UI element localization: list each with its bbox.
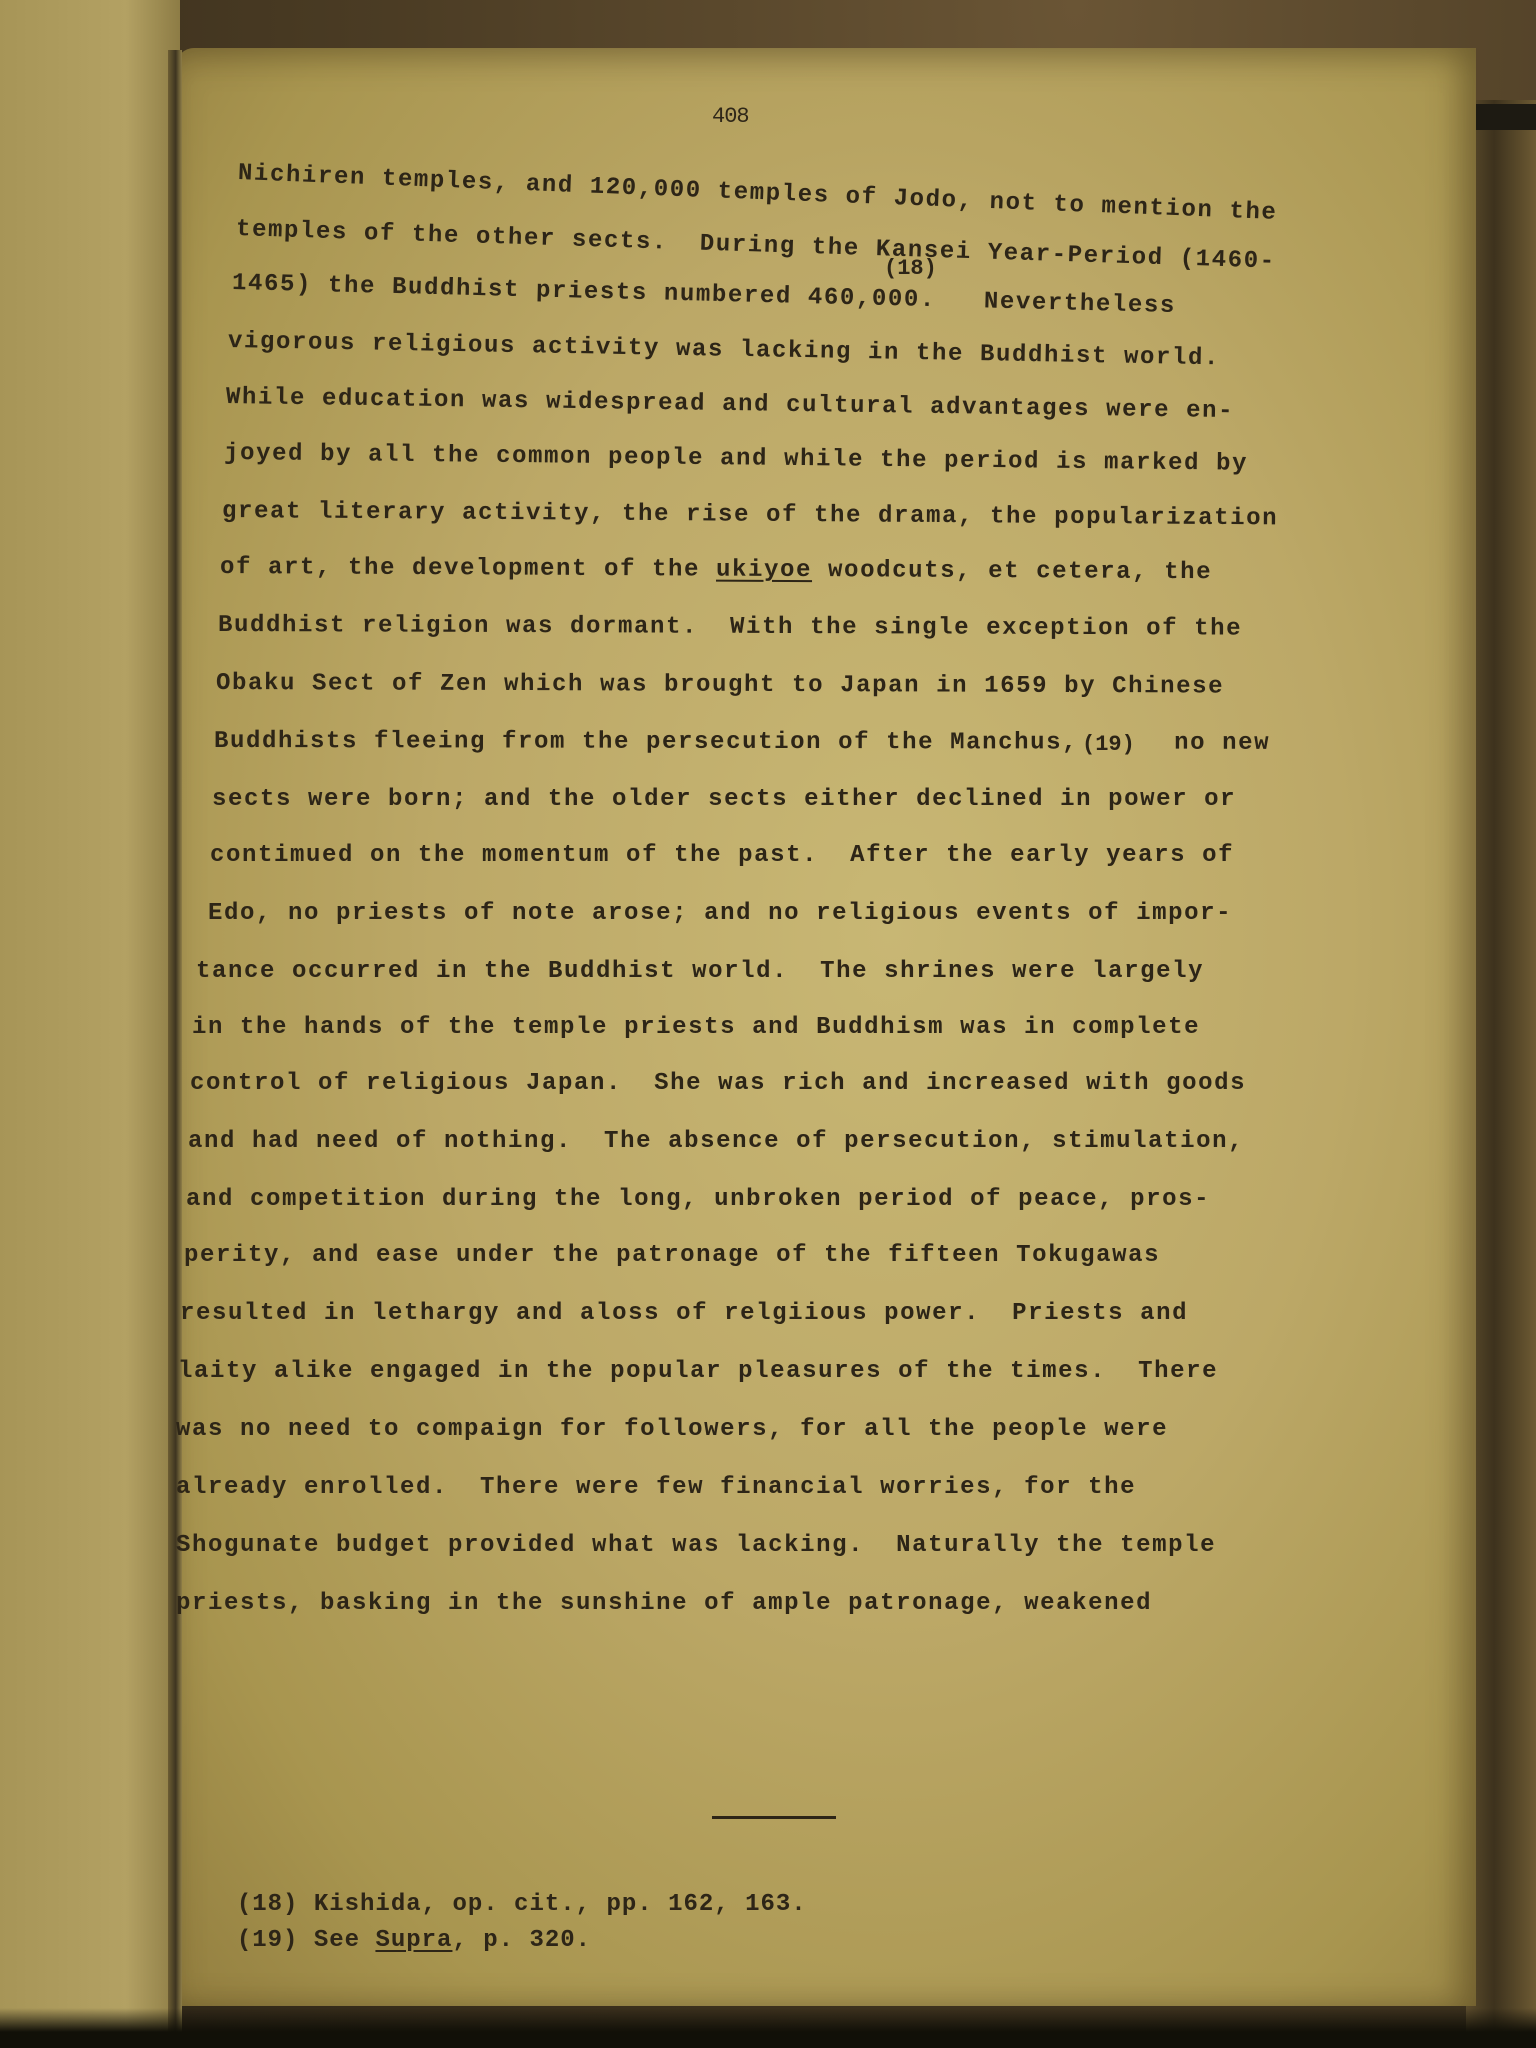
text-segment: control of religious Japan. She was rich…	[190, 1070, 1246, 1097]
text-segment: already enrolled. There were few financi…	[176, 1474, 1136, 1501]
footnote-text: See	[298, 1927, 375, 1954]
text-segment: of art, the development of the	[220, 554, 716, 584]
text-segment: was no need to compaign for followers, f…	[176, 1416, 1168, 1443]
footnote-separator	[712, 1816, 836, 1819]
text-line: priests, basking in the sunshine of ampl…	[176, 1590, 1152, 1617]
text-segment: and had need of nothing. The absence of …	[188, 1128, 1244, 1155]
text-segment: Shogunate budget provided what was lacki…	[176, 1532, 1216, 1559]
page-number: 408	[712, 104, 749, 129]
text-line: Obaku Sect of Zen which was brought to J…	[216, 670, 1224, 701]
text-line: sects were born; and the older sects eit…	[212, 786, 1236, 813]
text-line: and competition during the long, unbroke…	[186, 1186, 1210, 1213]
text-line: Edo, no priests of note arose; and no re…	[208, 900, 1232, 927]
text-line: resulted in lethargy and aloss of relgii…	[180, 1300, 1188, 1327]
book-cover-corner	[1476, 104, 1536, 130]
book-gutter	[168, 50, 182, 2040]
text-segment: Edo, no priests of note arose; and no re…	[208, 900, 1232, 927]
text-line: tance occurred in the Buddhist world. Th…	[196, 958, 1204, 985]
footnote-19: (19) See Supra, p. 320.	[206, 1900, 591, 1954]
text-line: already enrolled. There were few financi…	[176, 1474, 1136, 1501]
text-segment: contimued on the momentum of the past. A…	[210, 842, 1234, 869]
text-line: perity, and ease under the patronage of …	[184, 1242, 1160, 1269]
footnote-ref-18: (18)	[884, 256, 937, 281]
text-line: Buddhist religion was dormant. With the …	[218, 612, 1242, 643]
text-line: contimued on the momentum of the past. A…	[210, 842, 1234, 869]
book-cover-edge	[1466, 100, 1536, 2048]
footnote-ref-19: (19)	[1082, 732, 1135, 757]
facing-page	[0, 0, 180, 2048]
footnote-underlined: Supra	[375, 1927, 452, 1954]
text-segment: tance occurred in the Buddhist world. Th…	[196, 958, 1204, 985]
bottom-shadow	[0, 2008, 1536, 2048]
text-segment: resulted in lethargy and aloss of relgii…	[180, 1300, 1188, 1327]
text-line: in the hands of the temple priests and B…	[192, 1014, 1200, 1041]
text-segment: priests, basking in the sunshine of ampl…	[176, 1590, 1152, 1617]
text-segment: Obaku Sect of Zen which was brought to J…	[216, 670, 1224, 701]
text-line: Shogunate budget provided what was lacki…	[176, 1532, 1216, 1559]
text-segment: sects were born; and the older sects eit…	[212, 786, 1236, 813]
text-line: was no need to compaign for followers, f…	[176, 1416, 1168, 1443]
text-segment: woodcuts, et cetera, the	[812, 557, 1212, 586]
text-line: of art, the development of the ukiyoe wo…	[220, 554, 1212, 586]
text-segment: laity alike engaged in the popular pleas…	[178, 1358, 1218, 1385]
underlined-term: ukiyoe	[716, 557, 812, 585]
footnote-marker: (19)	[237, 1927, 299, 1954]
text-segment: Buddhist religion was dormant. With the …	[218, 612, 1242, 643]
text-line: control of religious Japan. She was rich…	[190, 1070, 1246, 1097]
text-segment: and competition during the long, unbroke…	[186, 1186, 1210, 1213]
footnote-tail: , p. 320.	[452, 1927, 591, 1954]
text-segment: perity, and ease under the patronage of …	[184, 1242, 1160, 1269]
text-line: and had need of nothing. The absence of …	[188, 1128, 1244, 1155]
text-segment: in the hands of the temple priests and B…	[192, 1014, 1200, 1041]
text-line: laity alike engaged in the popular pleas…	[178, 1358, 1218, 1385]
